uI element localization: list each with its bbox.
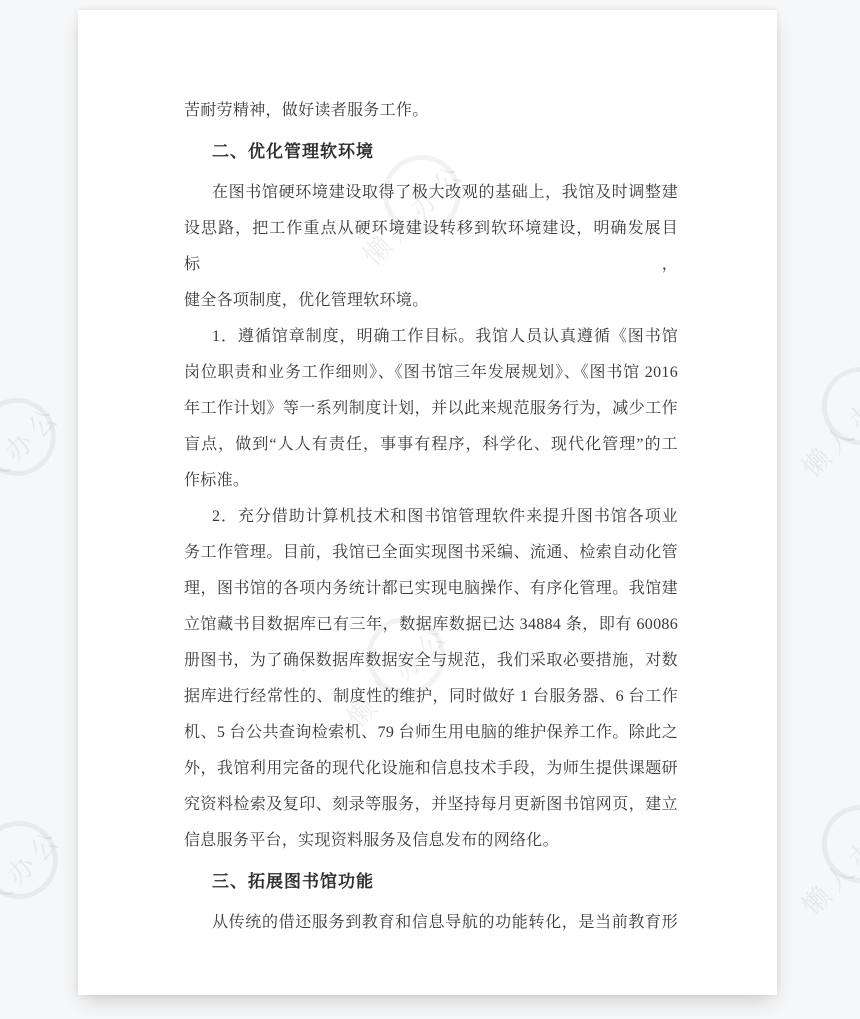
watermark-circle-icon [0,382,72,492]
section-heading: 三、拓展图书馆功能 [184,864,678,900]
document-viewer: 懒人办公 懒人办公 懒人办公 懒人办公 懒人办公 懒人办公 苦耐劳精神，做好读者… [0,0,860,1019]
text-line: 岗位职责和业务工作细则》、《图书馆三年发展规划》、《图书馆 2016 [184,355,678,391]
text-line: 据库进行经常性的、制度性的维护，同时做好 1 台服务器、6 台工作 [184,679,678,715]
text-line: 外，我馆利用完备的现代化设施和信息技术手段，为师生提供课题研 [184,751,678,787]
text-line: 年工作计划》等一系列制度计划，并以此来规范服务行为，减少工作 [184,391,678,427]
text-line: 理，图书馆的各项内务统计都已实现电脑操作、有序化管理。我馆建 [184,571,678,607]
watermark-circle-icon [0,805,74,915]
text-line: 册图书，为了确保数据库数据安全与规范，我们采取必要措施，对数 [184,643,678,679]
watermark-text: 懒人办公 [796,368,860,483]
text-line: 2．充分借助计算机技术和图书馆管理软件来提升图书馆各项业 [184,499,678,535]
text-line: 务工作管理。目前，我馆已全面实现图书采编、流通、检索自动化管 [184,535,678,571]
text-line: 盲点，做到“人人有责任，事事有程序，科学化、现代化管理”的工 [184,427,678,463]
text-line: 立馆藏书目数据库已有三年，数据库数据已达 34884 条，即有 60086 [184,607,678,643]
text-line: 设思路，把工作重点从硬环境建设转移到软环境建设，明确发展目标， [184,211,678,283]
watermark-circle-icon [806,789,860,899]
watermark: 懒人办公 [792,364,860,485]
text-line: 机、5 台公共查询检索机、79 台师生用电脑的维护保养工作。除此之 [184,715,678,751]
watermark-text: 懒人办公 [0,399,67,514]
text-line: 在图书馆硬环境建设取得了极大改观的基础上，我馆及时调整建 [184,175,678,211]
text-line: 苦耐劳精神，做好读者服务工作。 [184,93,678,129]
watermark: 懒人办公 [0,818,70,939]
section-heading: 二、优化管理软环境 [184,134,678,170]
watermark-text: 懒人办公 [796,806,860,921]
text-line: 作标准。 [184,463,678,499]
text-line: 从传统的借还服务到教育和信息导航的功能转化，是当前教育形 [184,905,678,941]
text-line: 究资料检索及复印、刻录等服务，并坚持每月更新图书馆网页，建立 [184,787,678,823]
watermark: 懒人办公 [0,395,68,516]
watermark-text: 懒人办公 [0,822,69,937]
text-line: 1．遵循馆章制度，明确工作目标。我馆人员认真遵循《图书馆 [184,319,678,355]
document-body: 苦耐劳精神，做好读者服务工作。二、优化管理软环境在图书馆硬环境建设取得了极大改观… [184,93,678,941]
text-line: 信息服务平台，实现资料服务及信息发布的网络化。 [184,823,678,859]
text-line: 健全各项制度，优化管理软环境。 [184,283,678,319]
watermark: 懒人办公 [792,802,860,923]
watermark-circle-icon [806,351,860,461]
